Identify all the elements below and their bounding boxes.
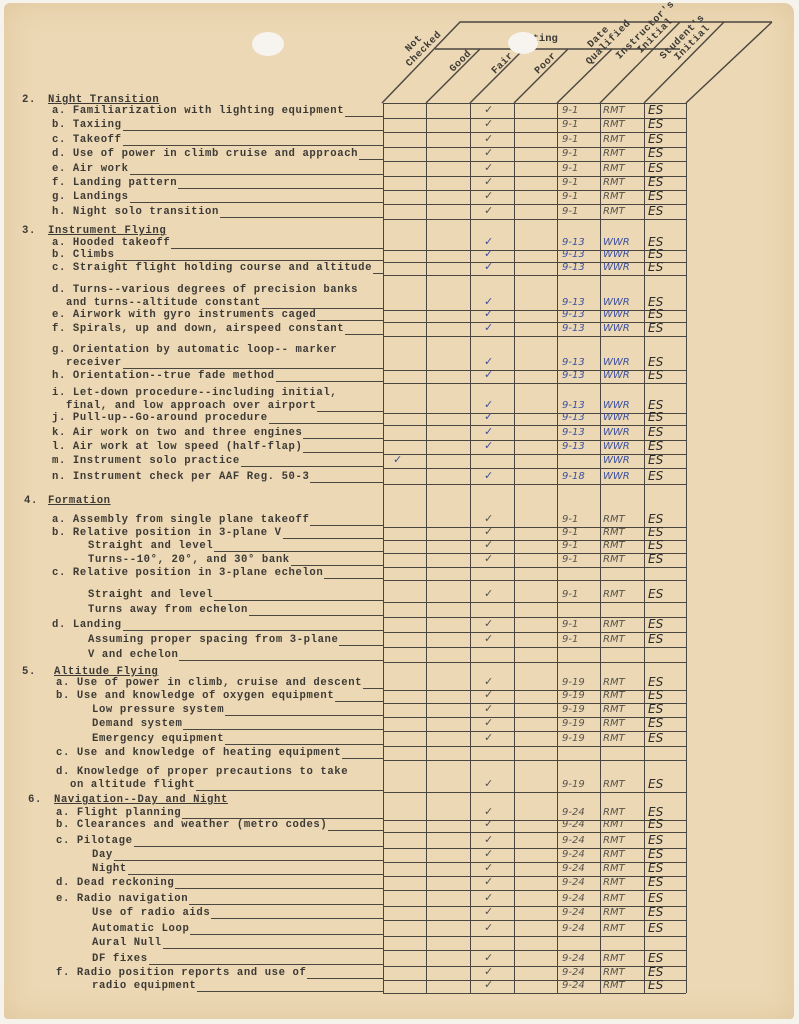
item-label: n. Instrument check per AAF Reg. 50-3 xyxy=(52,471,309,483)
instructor-initial: RMT xyxy=(603,779,625,791)
item-label: Turns--10°, 20°, and 30° bank xyxy=(88,554,290,566)
item-label: DF fixes xyxy=(92,953,148,965)
date-qualified: 9-19 xyxy=(562,690,585,702)
item-label-continued: receiver xyxy=(66,357,122,369)
grid-row-line xyxy=(383,703,686,704)
leader-line xyxy=(179,660,383,661)
student-initial: ES xyxy=(648,778,663,790)
leader-line xyxy=(123,145,383,146)
rating-check-mark: ✓ xyxy=(484,190,493,202)
date-qualified: 9-1 xyxy=(562,589,578,601)
leader-line xyxy=(182,818,383,819)
section-title-text: Navigation--Day and Night xyxy=(54,794,228,806)
rating-check-mark: ✓ xyxy=(484,539,493,551)
date-qualified: 9-24 xyxy=(562,953,585,965)
rating-check-mark: ✓ xyxy=(484,440,493,452)
instructor-initial: RMT xyxy=(603,527,625,539)
item-label: b. Climbs xyxy=(52,249,115,261)
rating-check-mark: ✓ xyxy=(484,633,493,645)
date-qualified: 9-1 xyxy=(562,206,578,218)
grid-row-line xyxy=(383,966,686,967)
item-label: Turns away from echelon xyxy=(88,604,248,616)
instructor-initial: WWR xyxy=(603,357,630,369)
date-qualified: 9-13 xyxy=(562,357,585,369)
student-initial: ES xyxy=(648,426,663,438)
rating-check-mark: ✓ xyxy=(484,147,493,159)
grid-row-line xyxy=(383,383,686,384)
item-label: l. Air work at low speed (half-flap) xyxy=(52,441,302,453)
grid-row-line xyxy=(383,484,686,485)
instructor-initial: RMT xyxy=(603,907,625,919)
instructor-initial: RMT xyxy=(603,677,625,689)
date-qualified: 9-19 xyxy=(562,677,585,689)
student-initial: ES xyxy=(648,411,663,423)
item-label: Day xyxy=(92,849,113,861)
instructor-initial: RMT xyxy=(603,835,625,847)
date-qualified: 9-18 xyxy=(562,471,585,483)
grid-row-line xyxy=(383,103,686,104)
item-label: Use of radio aids xyxy=(92,907,210,919)
instructor-initial: RMT xyxy=(603,863,625,875)
leader-line xyxy=(291,565,383,566)
grid-row-line xyxy=(383,890,686,891)
grid-row-line xyxy=(383,746,686,747)
instructor-initial: WWR xyxy=(603,237,630,249)
grid-column-line xyxy=(470,103,471,993)
student-initial: ES xyxy=(648,513,663,525)
section-number: 6. xyxy=(28,794,42,806)
student-initial: ES xyxy=(648,470,663,482)
item-label: f. Radio position reports and use of xyxy=(56,967,306,979)
rating-check-mark: ✓ xyxy=(484,426,493,438)
date-qualified: 9-19 xyxy=(562,718,585,730)
grid-row-line xyxy=(383,204,686,205)
student-initial: ES xyxy=(648,732,663,744)
leader-line xyxy=(196,790,383,791)
item-label: Night xyxy=(92,863,127,875)
instructor-initial: RMT xyxy=(603,554,625,566)
date-qualified: 9-13 xyxy=(562,412,585,424)
student-initial: ES xyxy=(648,190,663,202)
instructor-initial: WWR xyxy=(603,441,630,453)
student-initial: ES xyxy=(648,952,663,964)
student-initial: ES xyxy=(648,162,663,174)
rating-check-mark: ✓ xyxy=(484,778,493,790)
rating-check-mark: ✓ xyxy=(484,703,493,715)
grid-row-line xyxy=(383,848,686,849)
rating-check-mark: ✓ xyxy=(484,248,493,260)
instructor-initial: WWR xyxy=(603,370,630,382)
instructor-initial: RMT xyxy=(603,514,625,526)
leader-line xyxy=(123,368,383,369)
student-initial: ES xyxy=(648,676,663,688)
leader-line xyxy=(310,525,383,526)
rating-check-mark: ✓ xyxy=(484,952,493,964)
grid-row-line xyxy=(383,336,686,337)
leader-line xyxy=(303,452,383,453)
grid-row-line xyxy=(383,580,686,581)
leader-line xyxy=(197,991,383,992)
date-qualified: 9-1 xyxy=(562,619,578,631)
leader-line xyxy=(134,846,383,847)
grid-row-line xyxy=(383,936,686,937)
rating-check-mark: ✓ xyxy=(484,411,493,423)
punch-hole xyxy=(508,32,538,54)
leader-line xyxy=(303,438,383,439)
date-qualified: 9-24 xyxy=(562,835,585,847)
instructor-initial: RMT xyxy=(603,634,625,646)
grid-row-line xyxy=(383,219,686,220)
instructor-initial: RMT xyxy=(603,134,625,146)
leader-line xyxy=(307,978,383,979)
date-qualified: 9-19 xyxy=(562,704,585,716)
instructor-initial: WWR xyxy=(603,427,630,439)
item-label: b. Clearances and weather (metro codes) xyxy=(56,819,327,831)
leader-line xyxy=(214,600,383,601)
date-qualified: 9-24 xyxy=(562,819,585,831)
item-label: e. Airwork with gyro instruments caged xyxy=(52,309,316,321)
grid-row-line xyxy=(383,980,686,981)
student-initial: ES xyxy=(648,147,663,159)
item-label: d. Turns--various degrees of precision b… xyxy=(52,284,358,296)
grid-row-line xyxy=(383,262,686,263)
item-label: d. Landing xyxy=(52,619,122,631)
grid-row-line xyxy=(383,176,686,177)
grid-column-line xyxy=(686,103,687,993)
date-qualified: 9-1 xyxy=(562,148,578,160)
section-title-text: Formation xyxy=(48,495,111,507)
rating-check-mark: ✓ xyxy=(484,356,493,368)
grid-row-line xyxy=(383,760,686,761)
instructor-initial: RMT xyxy=(603,105,625,117)
item-label: d. Dead reckoning xyxy=(56,877,174,889)
student-initial: ES xyxy=(648,966,663,978)
grid-row-line xyxy=(383,454,686,455)
student-initial: ES xyxy=(648,703,663,715)
rating-check-mark: ✓ xyxy=(484,717,493,729)
instructor-initial: WWR xyxy=(603,323,630,335)
grid-row-line xyxy=(383,250,686,251)
date-qualified: 9-13 xyxy=(562,237,585,249)
item-label: g. Landings xyxy=(52,191,129,203)
student-initial: ES xyxy=(648,618,663,630)
section-number: 5. xyxy=(22,666,36,678)
student-initial: ES xyxy=(648,876,663,888)
instructor-initial: RMT xyxy=(603,690,625,702)
instructor-initial: RMT xyxy=(603,893,625,905)
grid-column-line xyxy=(426,103,427,993)
rating-check-mark: ✓ xyxy=(484,979,493,991)
leader-line xyxy=(262,308,383,309)
date-qualified: 9-24 xyxy=(562,849,585,861)
leader-line xyxy=(276,381,383,382)
item-label: c. Takeoff xyxy=(52,134,122,146)
item-label-continued: final, and low approach over airport xyxy=(66,400,316,412)
grid-row-line xyxy=(383,862,686,863)
date-qualified: 9-1 xyxy=(562,163,578,175)
instructor-initial: WWR xyxy=(603,297,630,309)
rating-check-mark: ✓ xyxy=(484,104,493,116)
date-qualified: 9-13 xyxy=(562,323,585,335)
instructor-initial: RMT xyxy=(603,540,625,552)
student-initial: ES xyxy=(648,205,663,217)
section-number: 2. xyxy=(22,94,36,106)
grid-row-line xyxy=(383,792,686,793)
grid-row-line xyxy=(383,310,686,311)
leader-line xyxy=(339,645,383,646)
student-initial: ES xyxy=(648,892,663,904)
instructor-initial: RMT xyxy=(603,704,625,716)
student-initial: ES xyxy=(648,176,663,188)
leader-line xyxy=(130,202,383,203)
rating-check-mark: ✓ xyxy=(484,618,493,630)
grid-row-line xyxy=(383,527,686,528)
item-label: a. Hooded takeoff xyxy=(52,237,170,249)
grid-row-line xyxy=(383,413,686,414)
item-label-continued: and turns--altitude constant xyxy=(66,297,261,309)
item-label: k. Air work on two and three engines xyxy=(52,427,302,439)
leader-line xyxy=(328,830,383,831)
instructor-initial: RMT xyxy=(603,206,625,218)
date-qualified: 9-1 xyxy=(562,105,578,117)
item-label: m. Instrument solo practice xyxy=(52,455,240,467)
leader-line xyxy=(335,701,383,702)
leader-line xyxy=(130,174,383,175)
grid-column-line xyxy=(644,103,645,993)
item-label: d. Use of power in climb cruise and appr… xyxy=(52,148,358,160)
item-label: f. Landing pattern xyxy=(52,177,177,189)
item-label: a. Assembly from single plane takeoff xyxy=(52,514,309,526)
section-title: Navigation--Day and Night xyxy=(54,794,228,806)
leader-line xyxy=(114,860,383,861)
rating-check-mark: ✓ xyxy=(484,588,493,600)
student-initial: ES xyxy=(648,261,663,273)
rating-check-mark: ✓ xyxy=(484,848,493,860)
date-qualified: 9-13 xyxy=(562,427,585,439)
date-qualified: 9-13 xyxy=(562,309,585,321)
leader-line xyxy=(214,551,383,552)
rating-check-mark: ✓ xyxy=(484,732,493,744)
student-initial: ES xyxy=(648,526,663,538)
grid-column-line xyxy=(514,103,515,993)
item-label: b. Use and knowledge of oxygen equipment xyxy=(56,690,334,702)
leader-line xyxy=(149,964,383,965)
item-label: b. Relative position in 3-plane V xyxy=(52,527,282,539)
student-initial: ES xyxy=(648,454,663,466)
date-qualified: 9-19 xyxy=(562,779,585,791)
instructor-initial: RMT xyxy=(603,163,625,175)
student-initial: ES xyxy=(648,248,663,260)
leader-line xyxy=(345,116,383,117)
grid-row-line xyxy=(383,275,686,276)
instructor-initial: WWR xyxy=(603,249,630,261)
rating-check-mark: ✓ xyxy=(393,454,402,466)
instructor-initial: RMT xyxy=(603,967,625,979)
grid-row-line xyxy=(383,540,686,541)
leader-line xyxy=(220,217,383,218)
leader-line xyxy=(178,188,383,189)
grid-row-line xyxy=(383,632,686,633)
grid-row-line xyxy=(383,567,686,568)
grid-row-line xyxy=(383,553,686,554)
leader-line xyxy=(269,423,383,424)
student-initial: ES xyxy=(648,322,663,334)
student-initial: ES xyxy=(648,834,663,846)
item-label-continued: on altitude flight xyxy=(70,779,195,791)
instructor-initial: RMT xyxy=(603,119,625,131)
date-qualified: 9-24 xyxy=(562,807,585,819)
item-label: radio equipment xyxy=(92,980,196,992)
student-initial: ES xyxy=(648,356,663,368)
instructor-initial: RMT xyxy=(603,923,625,935)
item-label: a. Use of power in climb, cruise and des… xyxy=(56,677,362,689)
date-qualified: 9-13 xyxy=(562,441,585,453)
grid-row-line xyxy=(383,161,686,162)
leader-line xyxy=(128,874,383,875)
leader-line xyxy=(310,482,383,483)
student-initial: ES xyxy=(648,553,663,565)
item-label: a. Familiarization with lighting equipme… xyxy=(52,105,344,117)
rating-check-mark: ✓ xyxy=(484,689,493,701)
leader-line xyxy=(163,948,383,949)
instructor-initial: RMT xyxy=(603,619,625,631)
date-qualified: 9-13 xyxy=(562,297,585,309)
leader-line xyxy=(171,248,383,249)
student-initial: ES xyxy=(648,118,663,130)
item-label: Emergency equipment xyxy=(92,733,224,745)
grid-row-line xyxy=(383,617,686,618)
item-label: h. Night solo transition xyxy=(52,206,219,218)
rating-check-mark: ✓ xyxy=(484,162,493,174)
instructor-initial: WWR xyxy=(603,262,630,274)
leader-line xyxy=(183,729,383,730)
rating-check-mark: ✓ xyxy=(484,876,493,888)
item-label: Assuming proper spacing from 3-plane xyxy=(88,634,338,646)
grid-row-line xyxy=(383,832,686,833)
grid-row-line xyxy=(383,468,686,469)
section-title: Instrument Flying xyxy=(48,225,166,237)
student-initial: ES xyxy=(648,588,663,600)
student-initial: ES xyxy=(648,717,663,729)
rating-check-mark: ✓ xyxy=(484,892,493,904)
item-label: Straight and level xyxy=(88,540,213,552)
date-qualified: 9-1 xyxy=(562,527,578,539)
item-label: e. Air work xyxy=(52,163,129,175)
date-qualified: 9-13 xyxy=(562,262,585,274)
instructor-initial: RMT xyxy=(603,953,625,965)
rating-check-mark: ✓ xyxy=(484,513,493,525)
student-initial: ES xyxy=(648,633,663,645)
grid-row-line xyxy=(383,322,686,323)
rating-check-mark: ✓ xyxy=(484,470,493,482)
rating-check-mark: ✓ xyxy=(484,922,493,934)
instructor-initial: WWR xyxy=(603,400,630,412)
rating-check-mark: ✓ xyxy=(484,553,493,565)
leader-line xyxy=(359,159,383,160)
rating-check-mark: ✓ xyxy=(484,118,493,130)
grid-row-line xyxy=(383,920,686,921)
instructor-initial: WWR xyxy=(603,455,630,467)
item-label: Demand system xyxy=(92,718,182,730)
grid-row-line xyxy=(383,370,686,371)
instructor-initial: RMT xyxy=(603,177,625,189)
student-initial: ES xyxy=(648,906,663,918)
student-initial: ES xyxy=(648,862,663,874)
item-label: Automatic Loop xyxy=(92,923,189,935)
date-qualified: 9-24 xyxy=(562,967,585,979)
rating-check-mark: ✓ xyxy=(484,261,493,273)
grid-row-line xyxy=(383,993,686,994)
leader-line xyxy=(189,904,383,905)
item-label: h. Orientation--true fade method xyxy=(52,370,275,382)
date-qualified: 9-24 xyxy=(562,907,585,919)
rating-check-mark: ✓ xyxy=(484,133,493,145)
instructor-initial: WWR xyxy=(603,309,630,321)
rating-check-mark: ✓ xyxy=(484,205,493,217)
leader-line xyxy=(190,934,383,935)
item-label: e. Radio navigation xyxy=(56,893,188,905)
section-number: 3. xyxy=(22,225,36,237)
grid-row-line xyxy=(383,950,686,951)
item-label: c. Use and knowledge of heating equipmen… xyxy=(56,747,341,759)
section-title-text: Instrument Flying xyxy=(48,225,166,237)
instructor-initial: RMT xyxy=(603,849,625,861)
date-qualified: 9-1 xyxy=(562,191,578,203)
grid-column-line xyxy=(383,103,384,993)
leader-line xyxy=(175,888,383,889)
student-initial: ES xyxy=(648,308,663,320)
rating-check-mark: ✓ xyxy=(484,369,493,381)
date-qualified: 9-13 xyxy=(562,249,585,261)
rating-check-mark: ✓ xyxy=(484,308,493,320)
grid-row-line xyxy=(383,647,686,648)
section-number: 4. xyxy=(24,495,38,507)
instructor-initial: RMT xyxy=(603,733,625,745)
student-initial: ES xyxy=(648,979,663,991)
item-label: a. Flight planning xyxy=(56,807,181,819)
date-qualified: 9-1 xyxy=(562,514,578,526)
student-initial: ES xyxy=(648,440,663,452)
leader-line xyxy=(241,466,383,467)
grid-row-line xyxy=(383,190,686,191)
rating-check-mark: ✓ xyxy=(484,862,493,874)
rating-check-mark: ✓ xyxy=(484,818,493,830)
grid-row-line xyxy=(383,147,686,148)
leader-line xyxy=(249,615,383,616)
grid-row-line xyxy=(383,690,686,691)
date-qualified: 9-24 xyxy=(562,863,585,875)
item-label: V and echelon xyxy=(88,649,178,661)
instructor-initial: RMT xyxy=(603,807,625,819)
item-label: f. Spirals, up and down, airspeed consta… xyxy=(52,323,344,335)
leader-line xyxy=(116,260,383,261)
instructor-initial: RMT xyxy=(603,718,625,730)
leader-line xyxy=(373,273,383,274)
student-initial: ES xyxy=(648,133,663,145)
leader-line xyxy=(317,320,383,321)
date-qualified: 9-1 xyxy=(562,554,578,566)
date-qualified: 9-13 xyxy=(562,370,585,382)
grid-row-line xyxy=(383,602,686,603)
student-initial: ES xyxy=(648,104,663,116)
student-initial: ES xyxy=(648,848,663,860)
leader-line xyxy=(324,578,383,579)
instructor-initial: WWR xyxy=(603,412,630,424)
leader-line xyxy=(283,538,383,539)
leader-line xyxy=(225,744,383,745)
instructor-initial: RMT xyxy=(603,148,625,160)
item-label: c. Straight flight holding course and al… xyxy=(52,262,372,274)
